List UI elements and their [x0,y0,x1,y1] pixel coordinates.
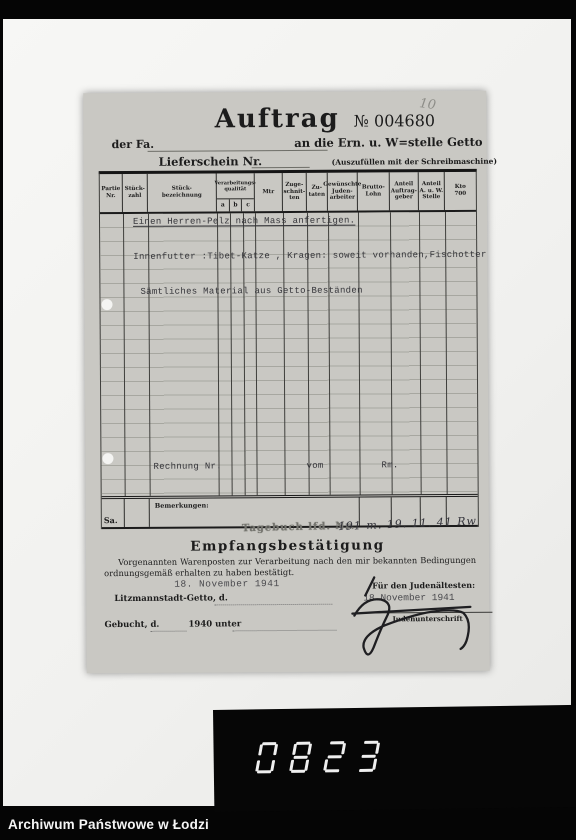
invoice-vom-label: vom [306,461,323,471]
invoice-number-label: Rechnung Nr. [153,461,221,471]
col-partie-nr: Partie Nr. [100,174,123,212]
col-anteil-auw-stelle: Anteil A. u. W. Stelle [419,172,445,210]
counter-digit [289,742,313,773]
column-line [123,214,126,496]
counter-digit [255,742,279,773]
handwritten-page-number: 10 [418,96,436,113]
archive-caption: Archiwum Państwowe w Łodzi [8,817,209,832]
subcol-a: a [217,199,230,211]
col-anteil-auftraggeber: Anteil Auftrag- geber [390,172,419,210]
fill-in-line [252,166,310,168]
typed-order-line-2: Innenfutter :Tibet-Katze , Kragen: sowei… [133,250,487,262]
place-label: Litzmannstadt-Getto, d. [114,593,228,604]
invoice-rm-label: Rm. [381,460,398,470]
counter-digit [357,741,381,772]
table-body-grid: Einen Herren-Pelz nach Mass anfertigen. … [100,212,478,496]
subcol-b: b [230,199,243,211]
form-header: Auftrag№ 004680 [163,103,486,135]
col-stueckbezeichnung: Stück- bezeichnung [148,173,217,211]
typewriter-note: (Auszufüllen mit der Schreibmaschine) [332,157,497,167]
col-verarbeitungsqualitaet: Verarbeitungs- qualität abc [217,173,255,211]
col-zugeschnitten: Zuge- schnit- ten [283,173,307,211]
fill-in-line [214,603,332,606]
handwritten-signature [336,569,497,660]
counter-digit [323,741,347,772]
col-judenarbeiter: Gewünschte Juden- arbeiter [328,173,358,211]
addressee-text: an die Ern. u. W=stelle Getto [294,135,482,150]
col-stueckzahl: Stück- zahl [123,174,148,212]
subcol-c: c [242,199,254,211]
fill-in-line [151,630,187,632]
typed-date-left: 18. November 1941 [174,578,279,590]
film-frame-counter [213,705,576,812]
form-number: № 004680 [354,111,435,130]
fill-in-line [233,629,337,632]
sum-label: Sa. [102,499,125,527]
receipt-heading: Empfangsbestätigung [86,537,489,555]
booked-year-label: 1940 unter [188,619,241,629]
booked-label: Gebucht, d. [104,620,159,630]
table-header-row: Partie Nr. Stück- zahl Stück- bezeichnun… [100,172,476,214]
seven-segment-counter [257,741,377,774]
typed-order-line-1: Einen Herren-Pelz nach Mass anfertigen. [133,216,355,227]
col-mtr: Mtr [255,173,283,211]
archival-photo: { "archive": { "caption": "Archiwum Pańs… [0,0,576,840]
col-kto-700: Kto 700 [445,172,476,210]
delivery-note-label: Lieferschein Nr. [159,154,263,169]
footer-empty-cell [125,499,150,527]
order-table: Partie Nr. Stück- zahl Stück- bezeichnun… [99,169,479,529]
typed-order-line-3: Sämtliches Material aus Getto-Beständen [140,286,362,297]
col-bruttolohn: Brutto- Lohn [358,172,390,210]
auftrag-form: Auftrag№ 004680 10 der Fa. an die Ern. u… [83,91,490,673]
form-title: Auftrag [215,104,340,135]
